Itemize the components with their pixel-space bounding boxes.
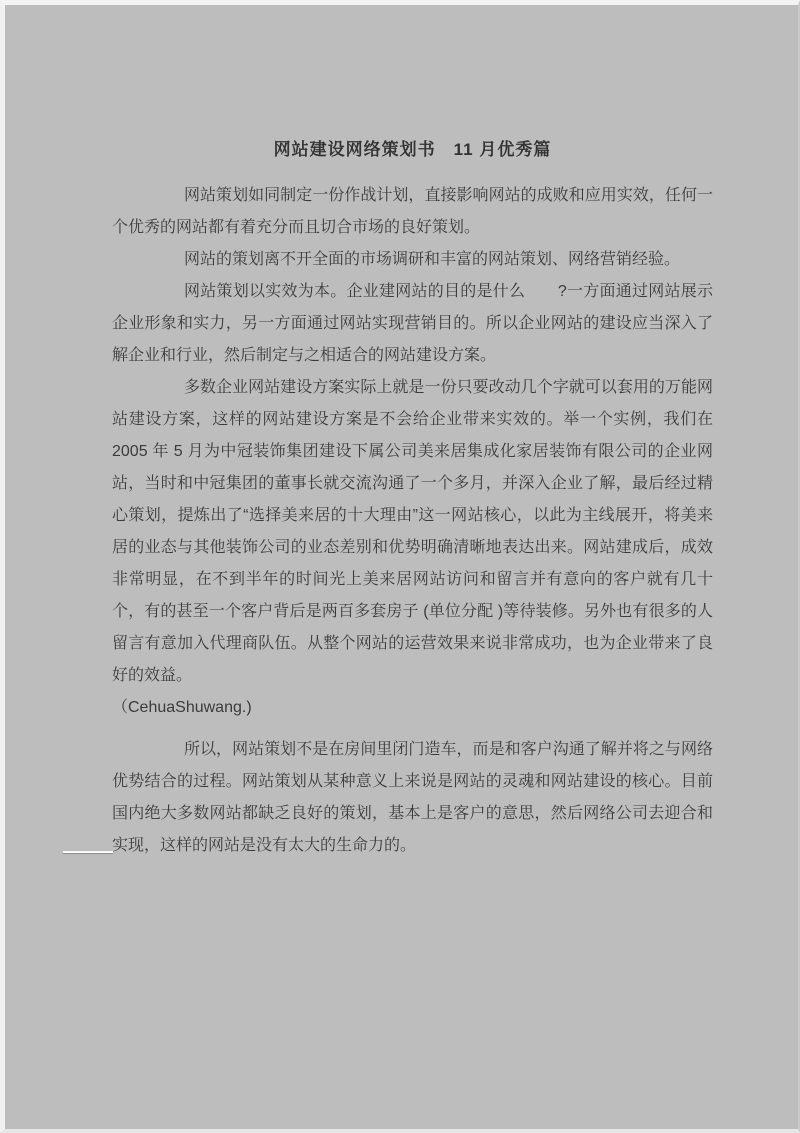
document-page: 网站建设网络策划书 11 月优秀篇 网站策划如同制定一份作战计划，直接影响网站的… — [0, 0, 800, 1133]
paragraph-conclusion: 所以，网站策划不是在房间里闭门造车，而是和客户沟通了解并将之与网络优势结合的过程… — [112, 734, 713, 862]
document-title: 网站建设网络策划书 11 月优秀篇 — [112, 138, 713, 162]
paragraph-research: 网站的策划离不开全面的市场调研和丰富的网站策划、网络营销经验。 — [112, 244, 713, 276]
document-body: 网站建设网络策划书 11 月优秀篇 网站策划如同制定一份作战计划，直接影响网站的… — [112, 138, 713, 862]
paragraph-citation: （CehuaShuwang.) — [112, 692, 713, 724]
paragraph-case-study: 多数企业网站建设方案实际上就是一份只要改动几个字就可以套用的万能网站建设方案，这… — [112, 372, 713, 692]
footnote-separator-line — [63, 851, 113, 853]
paragraph-intro: 网站策划如同制定一份作战计划，直接影响网站的成败和应用实效，任何一个优秀的网站都… — [112, 180, 713, 244]
paragraph-purpose: 网站策划以实效为本。企业建网站的目的是什么 ?一方面通过网站展示企业形象和实力，… — [112, 276, 713, 372]
